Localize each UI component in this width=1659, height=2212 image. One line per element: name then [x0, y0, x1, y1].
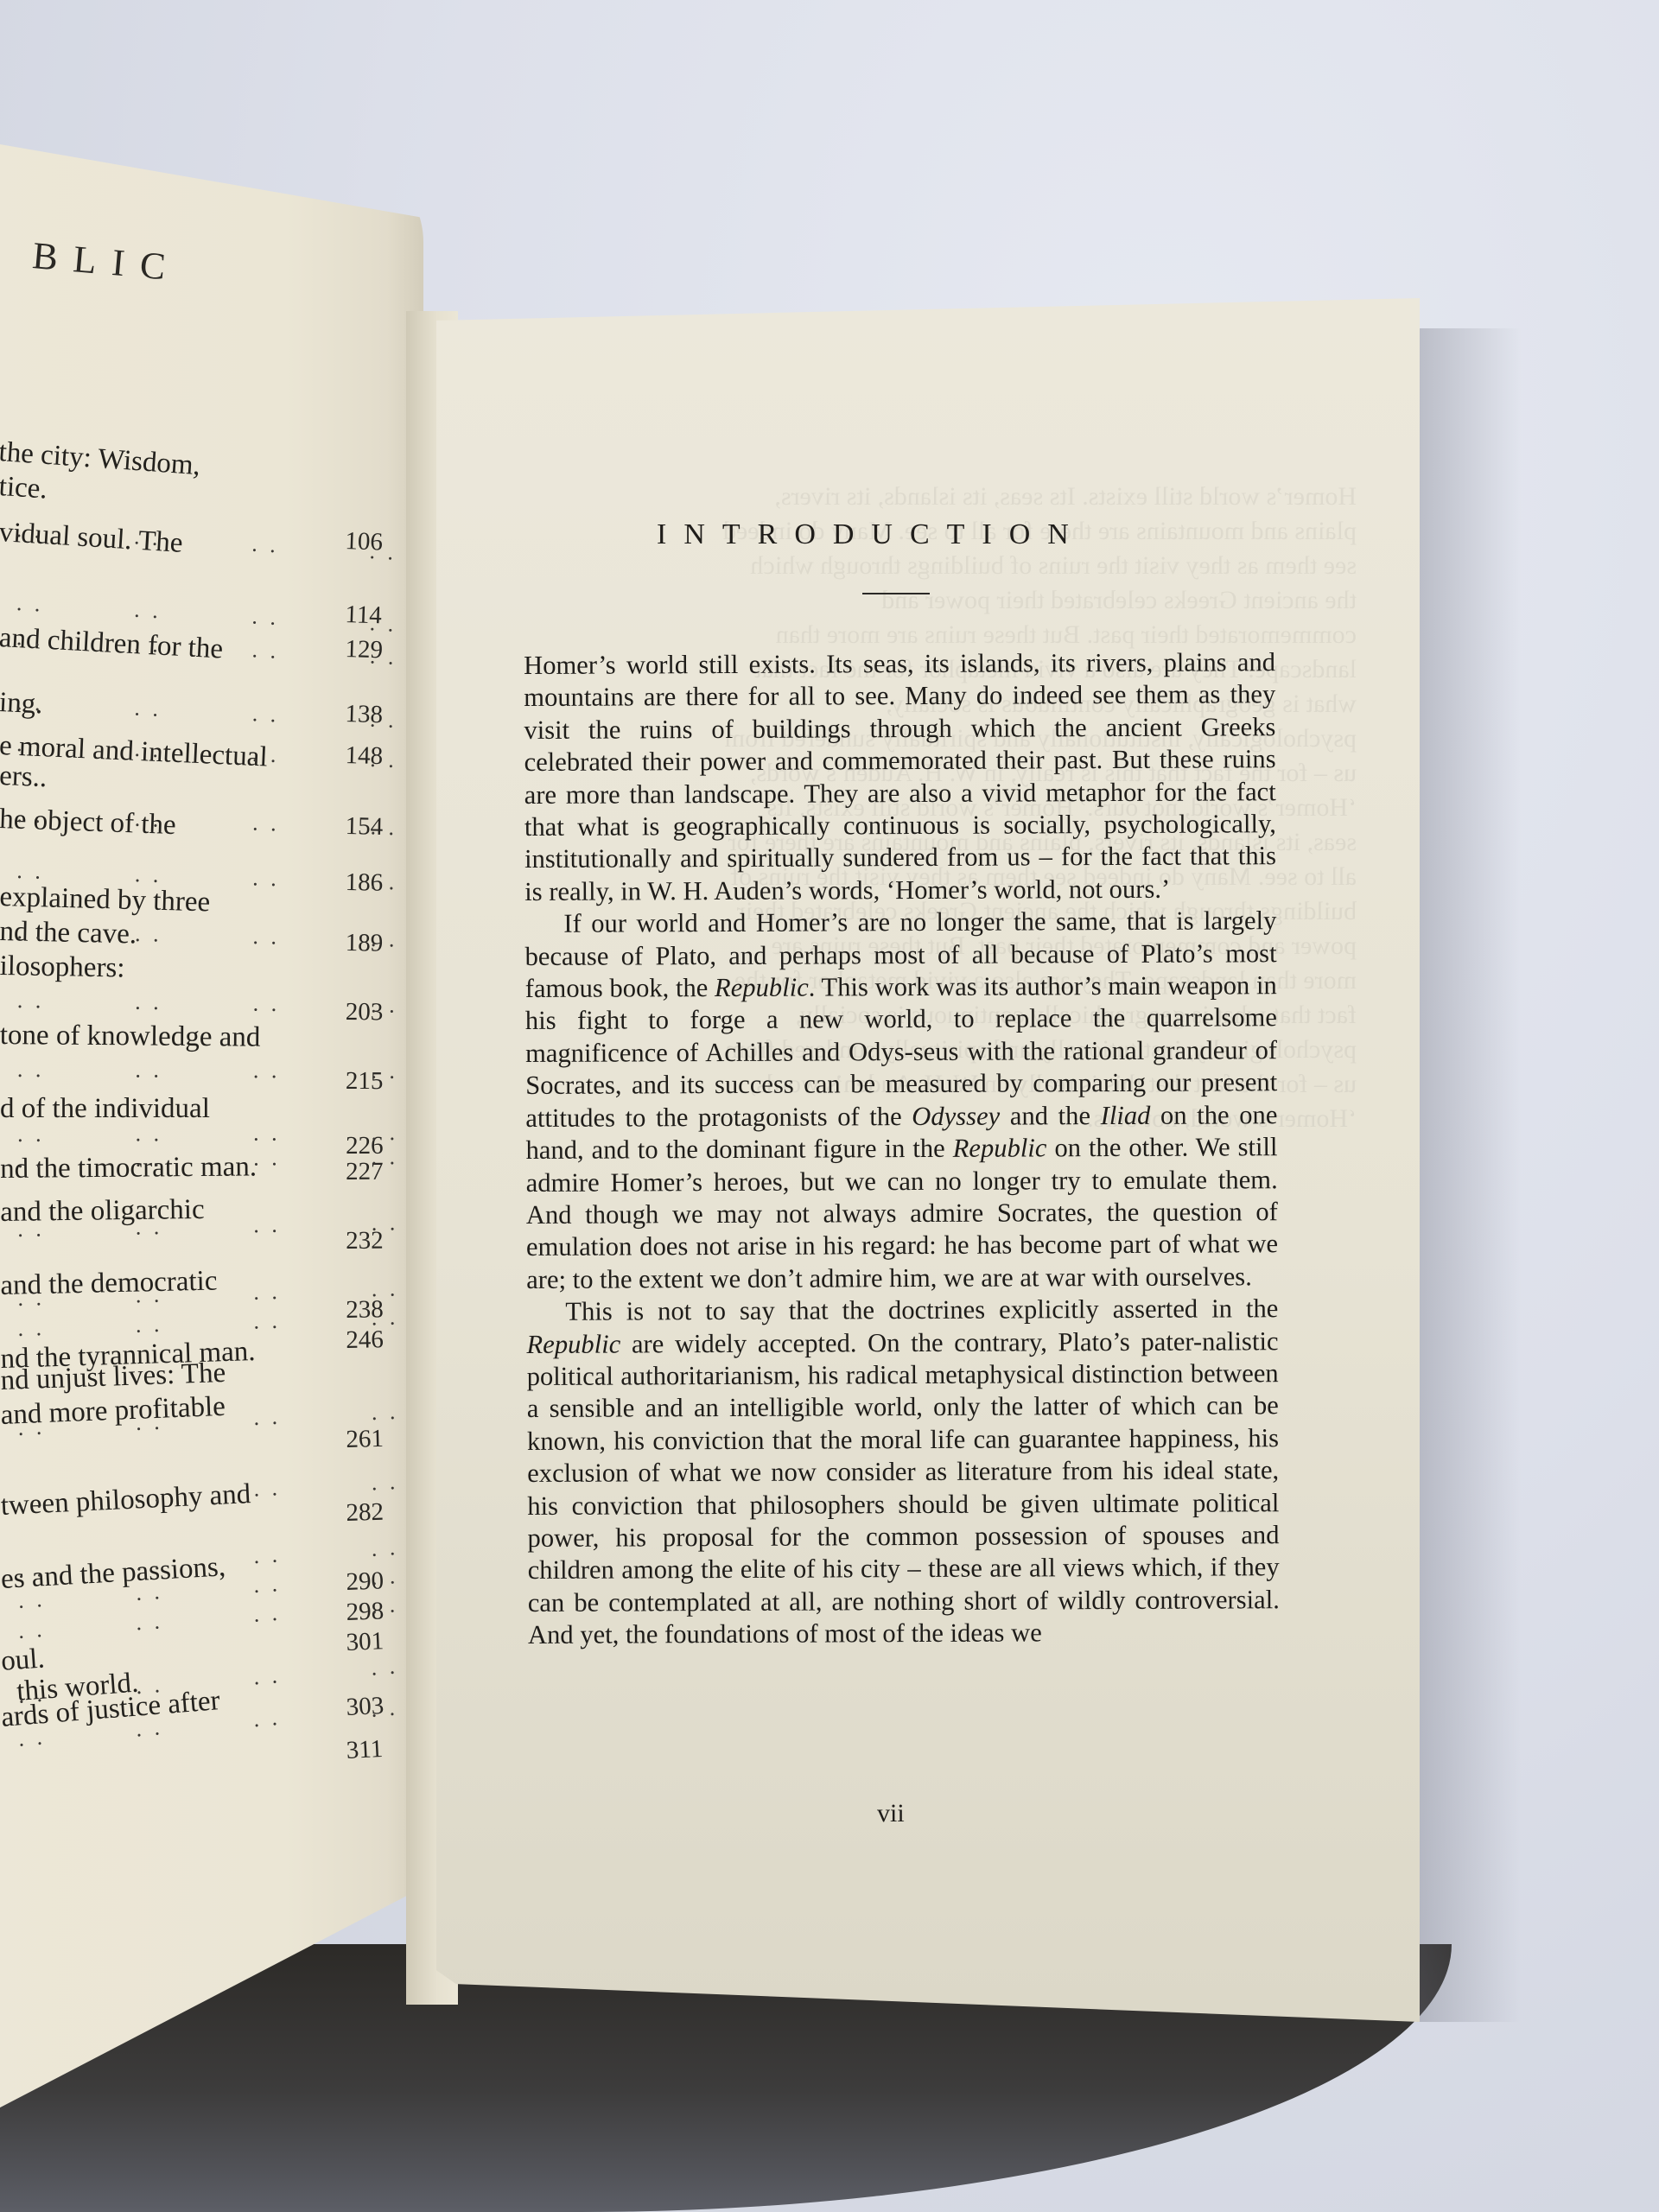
toc-leader-dots: . . . . . . . . [17, 1120, 398, 1147]
toc-page-number: 301 [346, 1627, 385, 1657]
introduction-body: Homer’s world still exists. Its seas, it… [524, 646, 1280, 1651]
text-run: Homer’s world still exists. Its seas, it… [524, 647, 1276, 906]
chapter-title: INTRODUCTION [657, 518, 1086, 551]
italic-title: Iliad [1101, 1101, 1151, 1130]
page-edge-shadow [1417, 328, 1521, 2022]
toc-leader-dots: . . . . . . . . [17, 988, 398, 1019]
paragraph: Homer’s world still exists. Its seas, it… [524, 646, 1276, 908]
italic-title: Republic [526, 1329, 620, 1358]
page-number: vii [877, 1799, 905, 1828]
toc-entry: tice. [0, 471, 48, 506]
paragraph: If our world and Homer’s are no longer t… [524, 905, 1278, 1296]
text-run: and the [1000, 1101, 1101, 1131]
toc-entry: ers.. [0, 760, 48, 794]
text-run: This is not to say that the doctrines ex… [565, 1294, 1278, 1326]
toc-page-number: 282 [346, 1498, 385, 1528]
toc-page-number: 311 [346, 1735, 384, 1765]
italic-title: Odyssey [912, 1101, 1000, 1130]
toc-leader-dots: . . . . . . . . [17, 1057, 398, 1084]
text-run: are widely accepted. On the contrary, Pl… [527, 1326, 1280, 1649]
toc-entry: tone of knowledge and [0, 1020, 260, 1054]
italic-title: Republic [953, 1133, 1047, 1162]
title-rule [862, 593, 930, 594]
toc-leader-dots: . . . . . . . . [17, 1144, 398, 1173]
toc-entry: oul. [0, 1643, 46, 1677]
toc-page-number: 261 [346, 1425, 384, 1454]
toc-entry: ilosophers: [0, 950, 125, 985]
paragraph: This is not to say that the doctrines ex… [526, 1293, 1280, 1651]
italic-title: Republic [715, 973, 809, 1002]
toc-entry: explained by three [0, 881, 211, 918]
